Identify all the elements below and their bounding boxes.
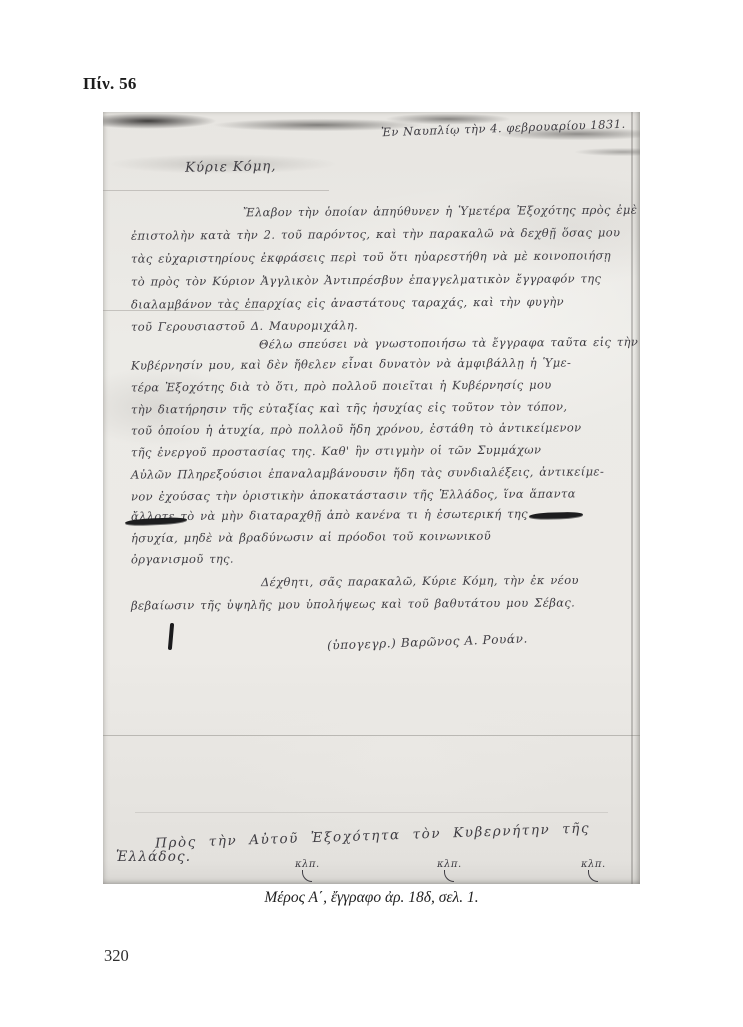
book-page: Πίν. 56 Ἐν Ναυπλίῳ τὴν 4. φεβρουαρίου 18… [0, 0, 743, 1027]
manuscript-line: διαλαμβάνον τὰς ἐπαρχίας εἰς ἀναστάτους … [131, 294, 564, 311]
paper-crease [135, 812, 608, 813]
manuscript-line: τὰς εὐχαριστηρίους ἐκφράσεις περὶ τοῦ ὅτ… [131, 248, 611, 265]
etc-flourish: κλπ. [295, 859, 320, 882]
letter-address-line1: Πρὸς τὴν Αὐτοῦ Ἐξοχότητα τὸν Κυβερνήτην … [155, 820, 591, 851]
manuscript-line: Ἔλαβον τὴν ὁποίαν ἀπηύθυνεν ἡ Ὑμετέρα Ἐξ… [243, 203, 637, 220]
plate-label: Πίν. 56 [83, 74, 137, 94]
manuscript-line: νον ἐχούσας τὴν ὁριστικὴν ἀποκατάστασιν … [131, 486, 576, 503]
manuscript-line: ἄλλοτε τὸ νὰ μὴν διαταραχθῇ ἀπὸ κανένα τ… [131, 507, 528, 524]
manuscript-line: τέρα Ἐξοχότης διὰ τὸ ὅτι, πρὸ πολλοῦ ποι… [131, 378, 552, 395]
manuscript-line: τῆς ἐνεργοῦ προστασίας της. Καθ' ἣν στιγ… [131, 443, 541, 460]
manuscript-line: ὀργανισμοῦ της. [131, 552, 234, 567]
etc-flourish: κλπ. [581, 859, 606, 882]
manuscript-line: βεβαίωσιν τῆς ὑψηλῆς μου ὑπολήψεως καὶ τ… [131, 595, 575, 612]
letter-dateline: Ἐν Ναυπλίῳ τὴν 4. φεβρουαρίου 1831. [381, 117, 626, 140]
manuscript-line: Αὐλῶν Πληρεξούσιοι ἐπαναλαμβάνουσιν ἤδη … [131, 464, 604, 481]
manuscript-line: τὴν διατήρησιν τῆς εὐταξίας καὶ τῆς ἡσυχ… [131, 399, 567, 416]
scan-edge-shadow [631, 112, 633, 884]
letter-address-line2: Ἑλλάδος. [116, 849, 191, 865]
paper-fold-line [103, 735, 640, 736]
ink-strikethrough [529, 512, 583, 519]
page-number: 320 [104, 946, 129, 966]
manuscript-line: ἡσυχία, μηδὲ νὰ βραδύνωσιν αἱ πρόοδοι το… [131, 529, 491, 546]
manuscript-line: Κυβέρνησίν μου, καὶ δὲν ἤθελεν εἶναι δυν… [131, 355, 571, 372]
manuscript-line: τοῦ Γερουσιαστοῦ Δ. Μαυρομιχάλη. [131, 318, 358, 334]
ink-strikethrough [125, 517, 187, 526]
letter-scan: Ἐν Ναυπλίῳ τὴν 4. φεβρουαρίου 1831. Κύρι… [103, 112, 640, 884]
manuscript-line: τὸ πρὸς τὸν Κύριον Ἀγγλικὸν Ἀντιπρέσβυν … [131, 271, 601, 288]
paper-crease [103, 190, 329, 191]
manuscript-line: Θέλω σπεύσει νὰ γνωστοποιήσω τὰ ἔγγραφα … [259, 335, 638, 352]
manuscript-line: τοῦ ὁποίου ἡ ἀτυχία, πρὸ πολλοῦ ἤδη χρόν… [131, 420, 582, 437]
manuscript-line: Δέχθητι, σᾶς παρακαλῶ, Κύριε Κόμη, τὴν ἐ… [261, 573, 579, 589]
letter-signature: (ὑπογεγρ.) Βαρῶνος Α. Ρουάν. [327, 631, 528, 652]
ink-stroke [168, 623, 174, 650]
manuscript-line: ἐπιστολὴν κατὰ τὴν 2. τοῦ παρόντος, καὶ … [131, 225, 620, 242]
etc-flourish: κλπ. [437, 859, 462, 882]
figure-caption: Μέρος Α΄, ἔγγραφο ἀρ. 18δ, σελ. 1. [0, 889, 743, 907]
letter-salutation: Κύριε Κόμη, [185, 158, 276, 176]
